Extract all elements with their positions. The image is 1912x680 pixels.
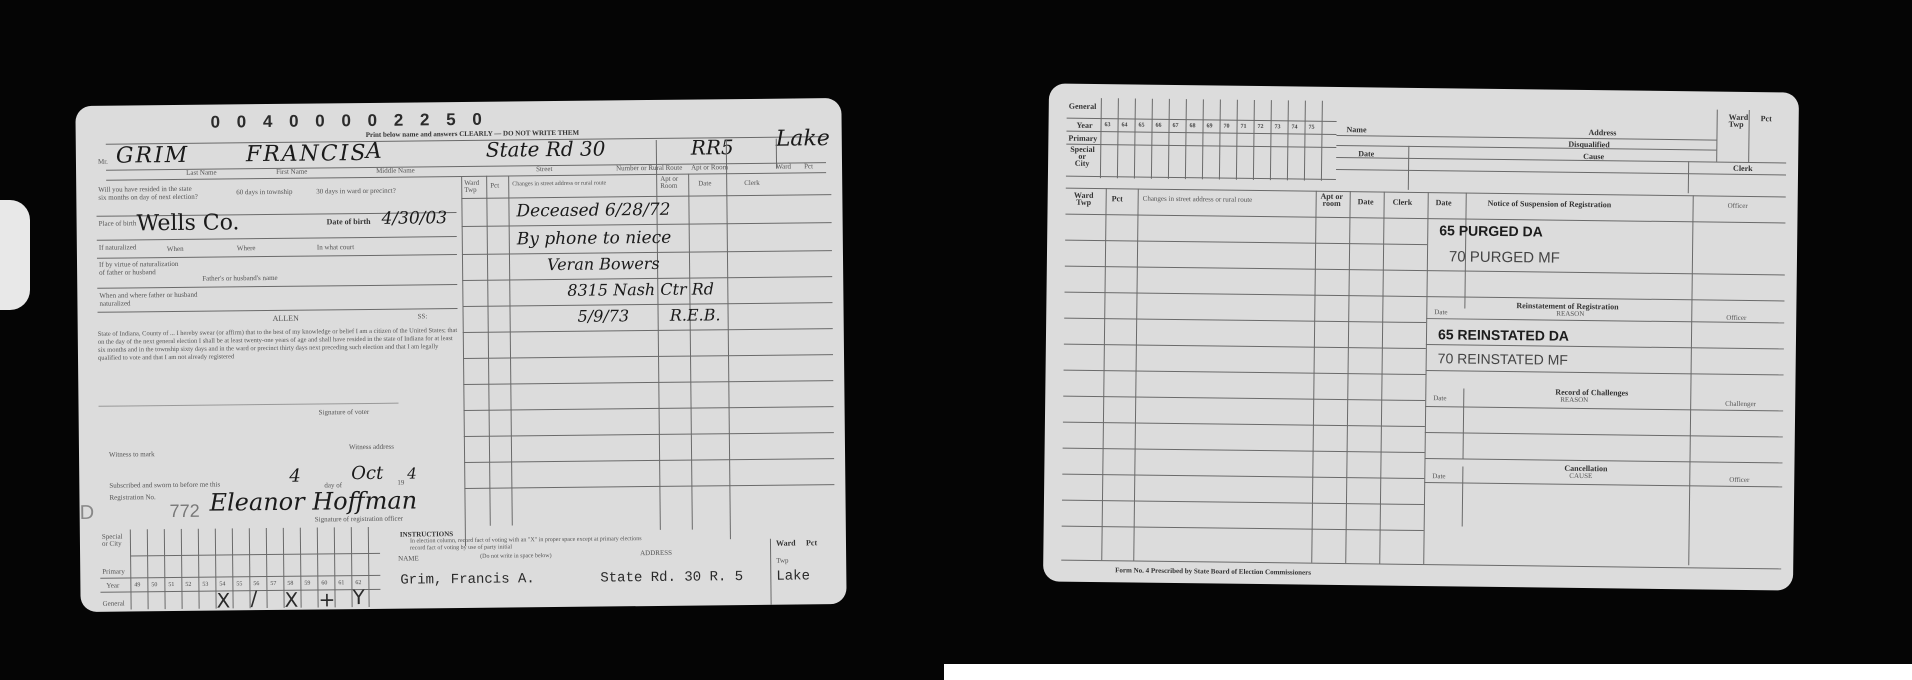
registration-no-label: Registration No. [109, 493, 155, 501]
pct-label: Pct [1761, 114, 1772, 123]
grid-year: 57 [270, 581, 276, 587]
residency-question: Will you have resided in the state six m… [98, 185, 198, 202]
first-name: FRANCIS [246, 141, 368, 167]
footer-pct-label: Pct [806, 538, 817, 547]
voter-signature-label: Signature of voter [319, 408, 370, 417]
challenges-header-challenger: Challenger [1725, 400, 1756, 408]
oath-text: State of Indiana, County of ... I hereby… [98, 327, 458, 363]
film-artifact [0, 200, 30, 310]
grid-year: 74 [1292, 124, 1298, 130]
grid-label-year: Year [106, 582, 119, 590]
naturalized-when-label: When [167, 245, 184, 253]
subscribed-day: 4 [289, 466, 301, 487]
grid-year: 60 [321, 580, 327, 586]
cancellation-header-date: Date [1432, 472, 1445, 480]
grid-year: 70 [1224, 124, 1230, 130]
registration-number: 772 [170, 501, 200, 522]
vote-mark: X [216, 588, 230, 612]
clerk-label: Clerk [1733, 164, 1753, 173]
grid-year: 69 [1207, 123, 1213, 129]
ward-days: 30 days in ward or precinct? [316, 187, 396, 196]
voting-grid-front: Special or City Primary Year General 49 … [100, 527, 391, 610]
instructions-line1: In election column, record fact of votin… [410, 536, 642, 544]
prefix-label: Mr. [98, 158, 108, 166]
witness-address-label: Witness address [349, 443, 394, 451]
vote-mark: + [318, 587, 335, 611]
footer-address-label: ADDRESS [640, 549, 672, 557]
naturalized-court-label: In what court [317, 243, 354, 251]
place-of-birth-label: Place of birth [99, 219, 137, 227]
ss-label: SS: [418, 312, 428, 320]
year-prefix: 19 [397, 479, 404, 487]
grid-year: 61 [338, 580, 344, 586]
change-entry: Deceased 6/28/72 [516, 200, 670, 222]
suspension-header-notice: Notice of Suspension of Registration [1488, 199, 1612, 210]
grid-label-general: General [1069, 102, 1097, 111]
cancellation-header-officer: Officer [1729, 476, 1749, 484]
suspension-header-date: Date [1436, 198, 1452, 207]
grid-year: 51 [168, 582, 174, 588]
subscribed-label: Subscribed and sworn to before me this [109, 481, 220, 490]
suspension-header-officer: Officer [1728, 202, 1748, 210]
typed-township: Lake [776, 568, 810, 584]
change-entry: By phone to niece [517, 228, 672, 250]
grid-year: 50 [151, 582, 157, 588]
pct-label: Pct [804, 162, 813, 170]
changes-header-date: Date [1358, 197, 1374, 206]
grid-year: 73 [1275, 124, 1281, 130]
footer-name-label: NAME [398, 554, 419, 562]
suspension-entry: 65 PURGED DA [1439, 222, 1543, 239]
footer-name-note: (Do not write in space below) [480, 553, 552, 560]
witness-label: Witness to mark [109, 450, 155, 458]
change-entry: 5/9/73 R.E.B. [578, 305, 721, 325]
grid-year: 75 [1309, 125, 1315, 131]
reinstatement-header-date: Date [1434, 308, 1447, 316]
grid-year: 58 [287, 581, 293, 587]
grid-year: 52 [185, 582, 191, 588]
changes-header-pct: Pct [490, 182, 499, 190]
changes-header-address: Changes in street address or rural route [512, 180, 606, 187]
last-name: GRIM [116, 143, 190, 169]
father-name-label: Father's or husband's name [202, 274, 278, 283]
registration-card-front: 0 0 4 0 0 0 0 2 2 5 0 Print below name a… [75, 98, 846, 612]
first-name-label: First Name [276, 168, 307, 176]
challenges-header-date: Date [1433, 394, 1446, 402]
grid-label-general: General [103, 600, 125, 608]
changes-header-clerk: Clerk [744, 179, 760, 187]
footer-twp-label: Twp [776, 557, 788, 565]
last-name-label: Last Name [186, 169, 217, 177]
reinstatement-entry: 70 REINSTATED MF [1438, 350, 1568, 368]
grid-year: 55 [236, 581, 242, 587]
grid-year: 71 [1241, 124, 1247, 130]
street-label: Street [536, 165, 552, 173]
grid-year: 68 [1190, 123, 1196, 129]
change-entry: 8315 Nash Ctr Rd [567, 279, 714, 300]
page-edge-strip [944, 664, 1912, 680]
grid-label-year: Year [1077, 121, 1093, 130]
grid-year: 67 [1173, 123, 1179, 129]
form-footer: Form No. 4 Prescribed by State Board of … [1115, 566, 1311, 576]
father-naturalization-label: If by virtue of naturalization of father… [99, 260, 179, 277]
typed-address: State Rd. 30 R. 5 [600, 569, 743, 586]
grid-year: 53 [202, 582, 208, 588]
suspension-entry: 70 PURGED MF [1449, 248, 1560, 266]
changes-header-ward: Ward Twp [464, 180, 486, 194]
name-label: Name [1346, 125, 1366, 134]
apt-label: Apt or Room [691, 163, 728, 171]
grid-year: 59 [304, 581, 310, 587]
vote-mark: X [284, 588, 298, 612]
subscribed-month: Oct [351, 463, 383, 484]
middle-name-label: Middle Name [376, 166, 415, 174]
officer-signature-label: Signature of registration officer [315, 515, 403, 524]
grid-year: 72 [1258, 124, 1264, 130]
change-entry: Veran Bowers [547, 254, 660, 274]
changes-header-pct: Pct [1112, 194, 1123, 203]
typed-name: Grim, Francis A. [400, 571, 535, 588]
officer-signature: Eleanor Hoffman [209, 486, 417, 516]
father-naturalized-label: When and where father or husband natural… [99, 291, 199, 308]
township-days: 60 days in township [236, 188, 296, 197]
date-of-birth: 4/30/03 [381, 208, 447, 229]
grid-year: 65 [1139, 123, 1145, 129]
grid-label-primary: Primary [102, 568, 125, 576]
changes-header-ward: Ward Twp [1072, 192, 1096, 206]
subscribed-year: 4 [407, 464, 417, 482]
address-label: Address [1588, 128, 1616, 137]
instructions-line2: record fact of voting by use of party in… [410, 544, 512, 551]
vote-mark: Y [352, 585, 364, 609]
registration-card-back: General Year Primary Special or City 63 … [1043, 83, 1799, 590]
grid-label-special: Special or City [1070, 146, 1094, 167]
place-of-birth: Wells Co. [136, 210, 239, 236]
reinstatement-header-officer: Officer [1726, 314, 1746, 322]
number-label: Number or Rural Route [616, 164, 682, 173]
grid-year: 66 [1156, 123, 1162, 129]
cancellation-header-cause: CAUSE [1569, 472, 1592, 480]
grid-label-special: Special or City [102, 533, 130, 547]
grid-year: 49 [134, 582, 140, 588]
naturalized-label: If naturalized [99, 243, 137, 251]
street: State Rd 30 [486, 136, 606, 161]
rural-route: RR5 [691, 135, 734, 159]
naturalized-where-label: Where [237, 244, 256, 252]
grid-year: 63 [1105, 122, 1111, 128]
grid-year: 64 [1122, 122, 1128, 128]
changes-header-date: Date [698, 179, 711, 187]
footer-ward-label: Ward [776, 539, 796, 548]
changes-header-address: Changes in street address or rural route [1143, 195, 1253, 204]
ward-township: Lake [776, 126, 830, 152]
changes-header-apt: Apt or Room [660, 176, 686, 190]
voting-grid-back: General Year Primary Special or City 63 … [1066, 98, 1337, 191]
changes-header-apt: Apt or room [1320, 193, 1344, 207]
grid-label-primary: Primary [1068, 134, 1097, 143]
reinstatement-header-reason: REASON [1556, 310, 1584, 318]
challenges-header-reason: REASON [1560, 396, 1588, 404]
county: ALLEN [273, 314, 299, 323]
date-of-birth-label: Date of birth [327, 217, 371, 226]
grid-year: 54 [219, 581, 225, 587]
reinstatement-entry: 65 REINSTATED DA [1438, 326, 1569, 344]
ward-label: Ward [776, 163, 791, 171]
middle-name: A [366, 139, 382, 164]
changes-header-clerk: Clerk [1393, 198, 1413, 207]
side-letter: D [80, 502, 95, 525]
vote-mark: / [250, 586, 257, 610]
